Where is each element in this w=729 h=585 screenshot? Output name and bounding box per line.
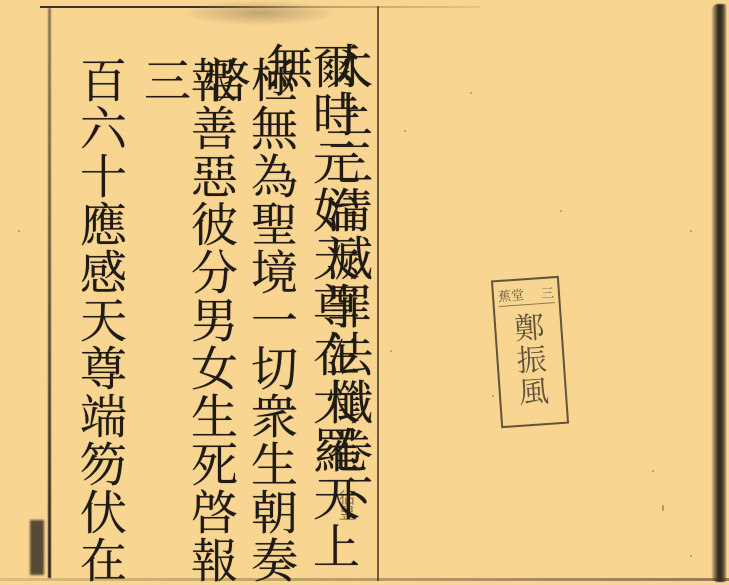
scan-speckle (652, 470, 654, 472)
seal-name: 鄭振風 (509, 311, 546, 409)
fold-line-rule (377, 6, 379, 581)
scan-speckle (560, 210, 562, 212)
marginal-note: 𢓕昱 (338, 490, 356, 522)
scan-speckle (390, 350, 392, 352)
scripture-page: 太上三清滅罪法懺卷下 爾時元始天尊在大羅天上無 極無為聖境一切衆生朝奏啓 報善惡… (0, 0, 729, 585)
scan-speckle (690, 555, 692, 557)
page-edge-shadow (712, 4, 726, 582)
scan-speckle (662, 505, 664, 511)
scan-speckle (404, 130, 406, 132)
collector-seal-stamp: 三 蕉堂 鄭振風 (491, 276, 569, 428)
scan-speckle (18, 230, 20, 232)
scan-speckle (470, 92, 472, 94)
text-column-4: 報善惡彼分男女生死啓報三 (140, 56, 234, 585)
seal-top-left: 蕉堂 (497, 284, 524, 305)
left-border-rule (48, 8, 51, 578)
ink-smudge (30, 520, 44, 575)
scan-smudge (180, 0, 340, 26)
scan-speckle (492, 395, 494, 397)
scan-speckle (690, 230, 692, 232)
seal-header: 三 蕉堂 (497, 282, 554, 305)
top-border-rule (40, 6, 480, 8)
text-column-5: 百六十應感天尊端笏伏在 (76, 56, 123, 584)
seal-top-right: 三 (540, 282, 554, 302)
